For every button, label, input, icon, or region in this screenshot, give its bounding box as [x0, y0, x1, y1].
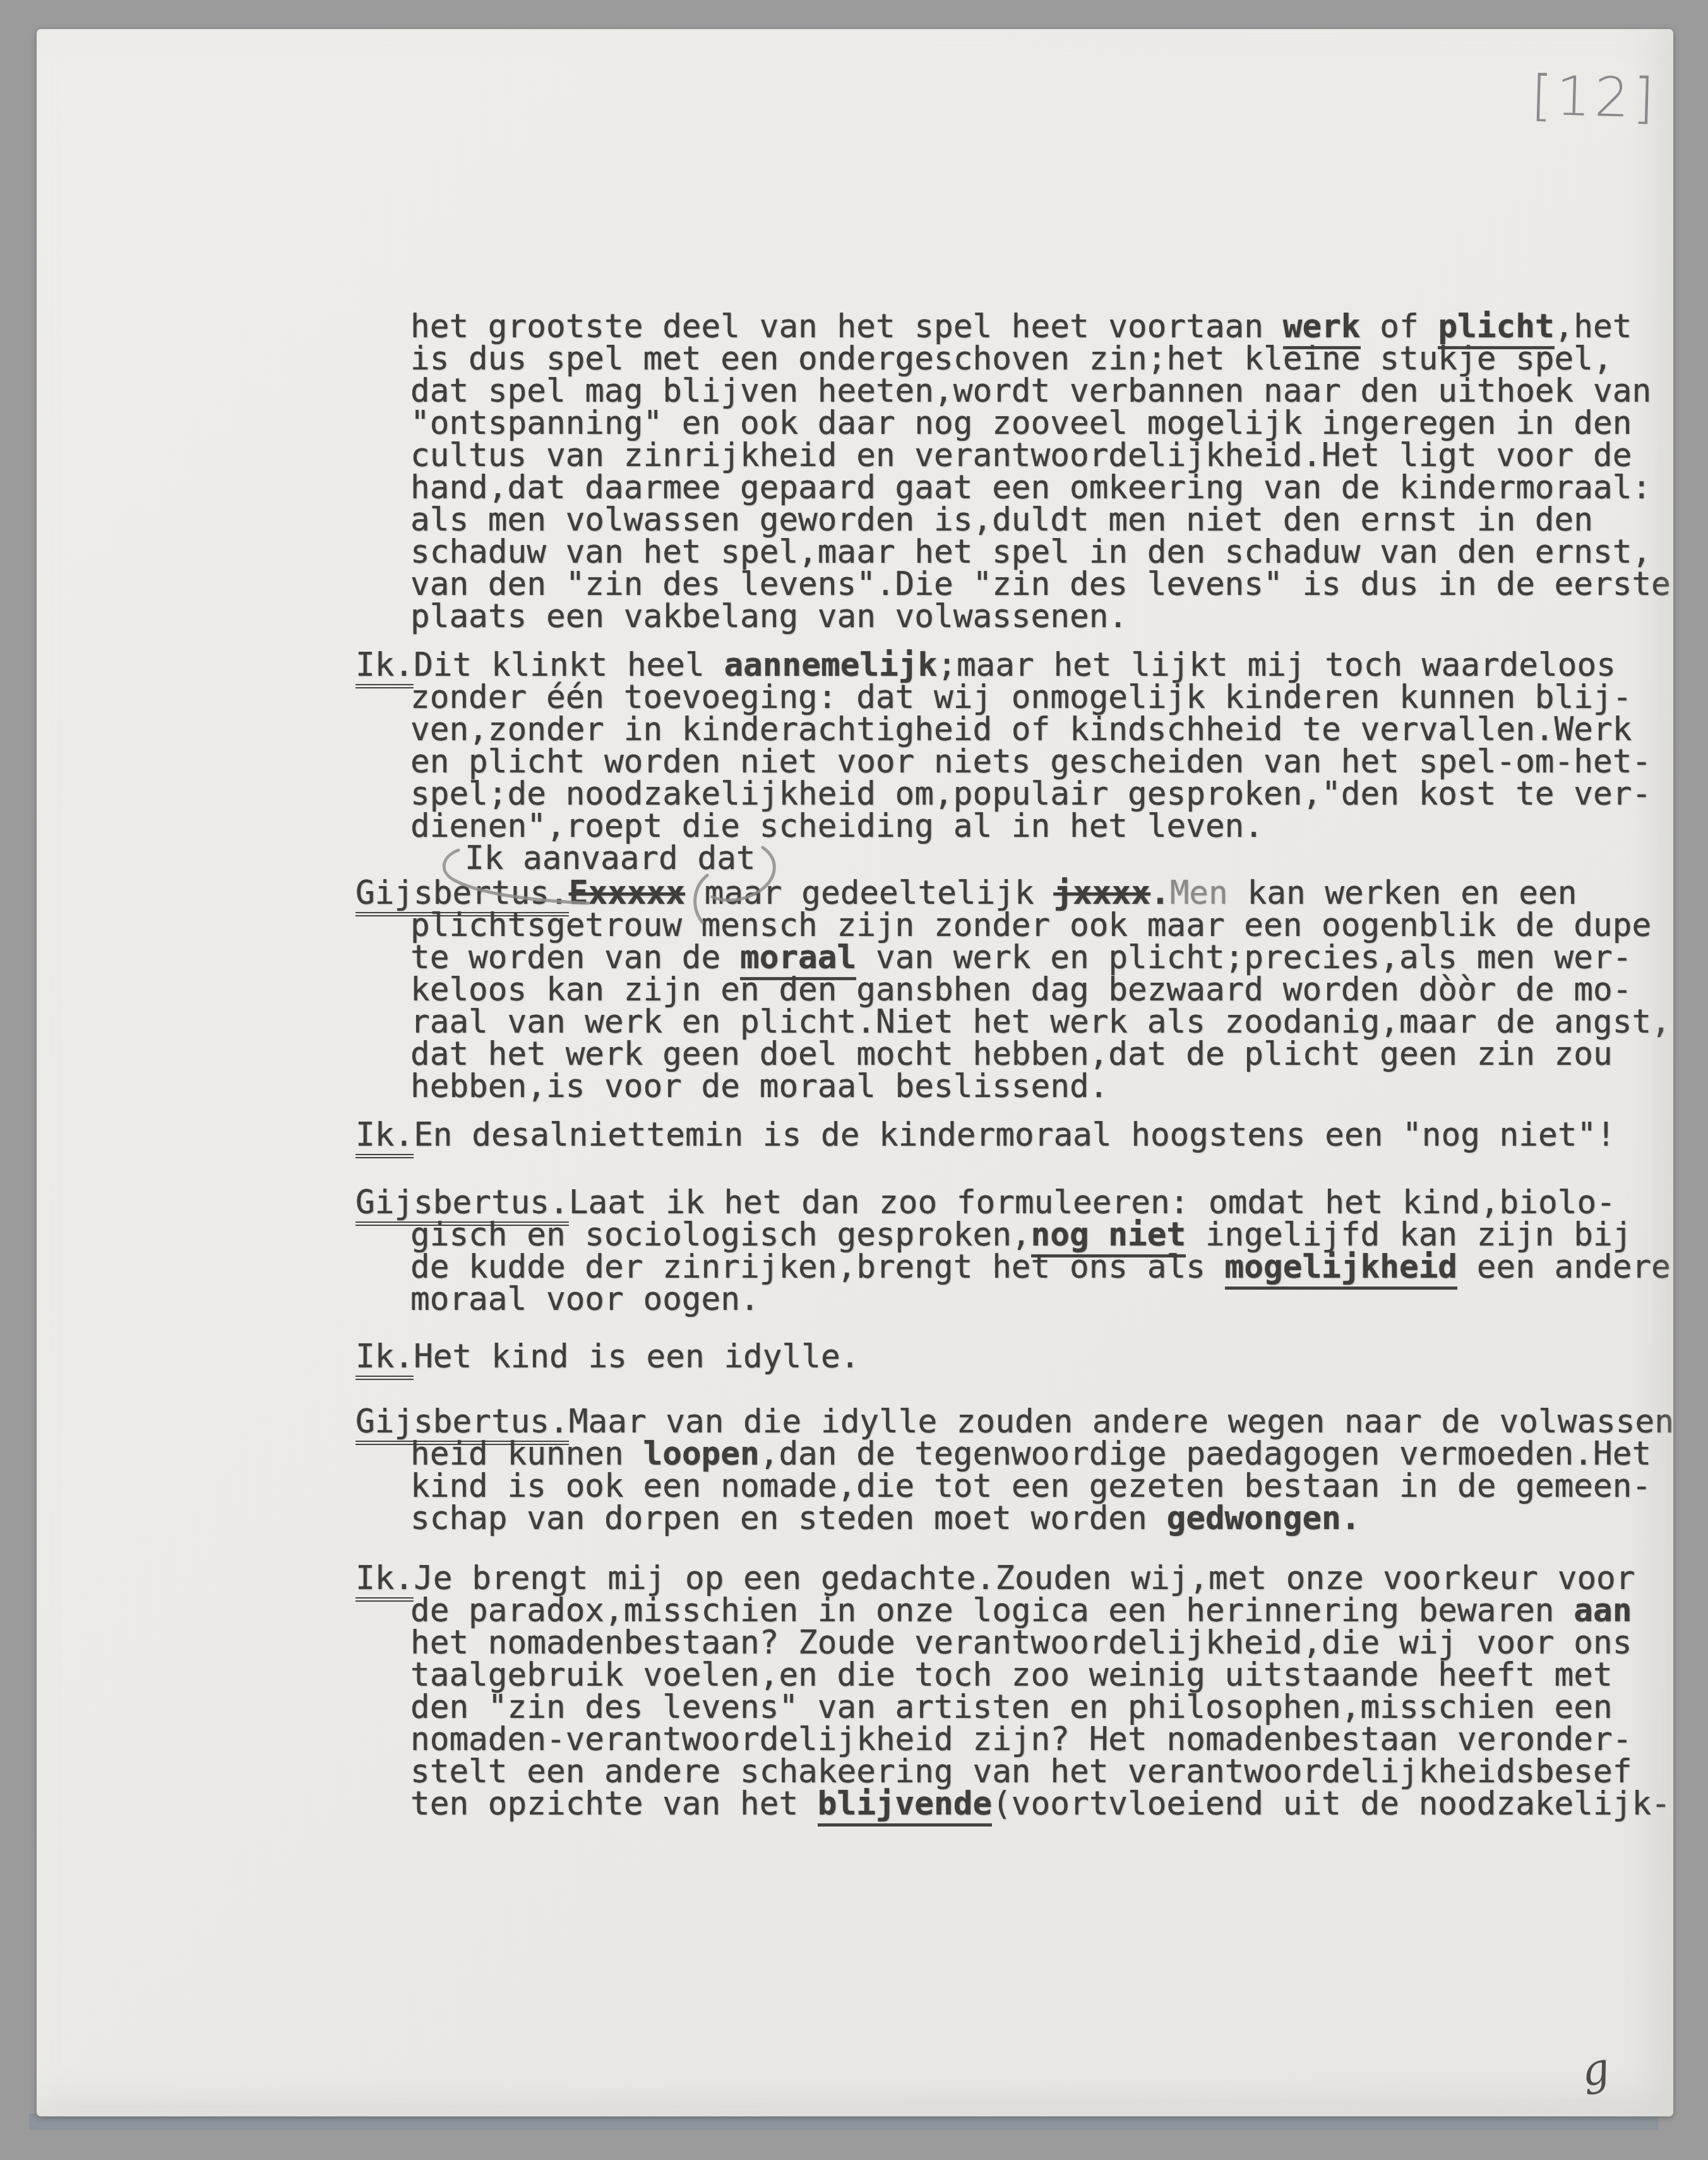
typescript-line: stelt een andere schakeering van het ver…	[355, 1756, 1673, 1788]
typescript-line: taalgebruik voelen,en die toch zoo weini…	[355, 1659, 1673, 1691]
typescript-line: dat het werk geen doel mocht hebben,dat …	[355, 1038, 1673, 1071]
text-segment: hebben,is voor de moraal beslissend.	[410, 1068, 1108, 1105]
typescript-line: "ontspanning" en ook daar nog zooveel mo…	[355, 407, 1673, 440]
typescript-line: Gijsbertus.Maar van die idylle zouden an…	[355, 1406, 1673, 1438]
typescript-line: cultus van zinrijkheid en verantwoordeli…	[355, 440, 1673, 472]
typescript-line: ven,zonder in kinderachtigheid of kindsc…	[355, 714, 1673, 746]
text-segment: moraal voor oogen.	[410, 1281, 760, 1318]
typescript-line: dat spel mag blijven heeten,wordt verban…	[355, 375, 1673, 407]
typescript-text: het grootste deel van het spel heet voor…	[355, 311, 1673, 1820]
speaker-label: Ik.	[355, 1117, 414, 1158]
paragraph-gijsbertus-2: Gijsbertus.Laat ik het dan zoo formuleer…	[355, 1187, 1673, 1316]
paragraph-ik-1: Ik.Dit klinkt heel aannemelijk;maar het …	[355, 649, 1673, 875]
text-segment: Ik aanvaard dat	[465, 840, 756, 877]
text-segment: een andere	[1457, 1249, 1671, 1286]
typescript-line: den "zin des levens" van artisten en phi…	[355, 1691, 1673, 1724]
paragraph-continuation: het grootste deel van het spel heet voor…	[355, 311, 1673, 633]
typescript-line: Ik.En desalniettemin is de kindermoraal …	[355, 1119, 1673, 1151]
typescript-line: Gijsbertus.Laat ik het dan zoo formuleer…	[355, 1187, 1673, 1219]
typescript-line: ten opzichte van het blijvende(voortvloe…	[355, 1788, 1673, 1820]
text-segment: gedwongen.	[1166, 1500, 1360, 1537]
paragraph-ik-2: Ik.En desalniettemin is de kindermoraal …	[355, 1119, 1673, 1151]
page-number-annotation: [12]	[1531, 64, 1659, 130]
typescript-line: schap van dorpen en steden moet worden g…	[355, 1503, 1673, 1535]
paragraph-gijsbertus-3: Gijsbertus.Maar van die idylle zouden an…	[355, 1406, 1673, 1535]
typescript-line: hand,dat daarmee gepaard gaat een omkeer…	[355, 472, 1673, 504]
typescript-line: plaats een vakbelang van volwassenen.	[355, 601, 1673, 633]
text-segment: plaats een vakbelang van volwassenen.	[410, 598, 1128, 635]
typescript-line: te worden van de moraal van werk en plic…	[355, 942, 1673, 974]
paragraph-gijsbertus-1: Gijsbertus.Exxxxx maar gedeeltelijk jxxx…	[355, 877, 1673, 1103]
typescript-line: nomaden-verantwoordelijkheid zijn? Het n…	[355, 1724, 1673, 1756]
underlined-word: mogelijkheid	[1225, 1249, 1457, 1290]
typescript-line: de paradox,misschien in onze logica een …	[355, 1595, 1673, 1627]
typescript-line: Ik.Je brengt mij op een gedachte.Zouden …	[355, 1563, 1673, 1595]
typescript-line: gisch en sociologisch gesproken,nog niet…	[355, 1219, 1673, 1251]
typescript-line: het grootste deel van het spel heet voor…	[355, 311, 1673, 343]
typescript-line: en plicht worden niet voor niets geschei…	[355, 746, 1673, 778]
text-segment: (voortvloeiend uit de noodzakelijk-	[992, 1785, 1671, 1823]
paper-sheet: [12] het grootste deel van het spel heet…	[37, 29, 1673, 2116]
text-segment: schap van dorpen en steden moet worden	[410, 1500, 1166, 1537]
typescript-line: raal van werk en plicht.Niet het werk al…	[355, 1006, 1673, 1038]
text-segment: ten opzichte van het	[410, 1785, 818, 1823]
text-segment: Men	[1170, 875, 1228, 912]
typescript-line: is dus spel met een ondergeschoven zin;h…	[355, 343, 1673, 375]
typescript-line: schaduw van het spel,maar het spel in de…	[355, 536, 1673, 568]
typescript-line: plichtsgetrouw mensch zijn zonder ook ma…	[355, 909, 1673, 942]
typescript-line: dienen",roept die scheiding al in het le…	[355, 810, 1673, 843]
typescript-line: van den "zin des levens".Die "zin des le…	[355, 568, 1673, 601]
typescript-line: het nomadenbestaan? Zoude verantwoordeli…	[355, 1627, 1673, 1659]
underlined-word: blijvende	[818, 1785, 992, 1827]
typescript-line: keloos kan zijn en den gansbhen dag bezw…	[355, 974, 1673, 1006]
typescript-line: moraal voor oogen.	[355, 1283, 1673, 1316]
typescript-line: als men volwassen geworden is,duldt men …	[355, 504, 1673, 536]
typescript-line: heid kunnen loopen,dan de tegenwoordige …	[355, 1438, 1673, 1470]
typescript-line: de kudde der zinrijken,brengt het ons al…	[355, 1251, 1673, 1283]
speaker-label: Ik.	[355, 647, 414, 688]
typescript-line: hebben,is voor de moraal beslissend.	[355, 1071, 1673, 1103]
speaker-label: Ik.	[355, 1338, 414, 1380]
speaker-label: Ik.	[355, 1560, 414, 1602]
typescript-line: kind is ook een nomade,die tot een gezet…	[355, 1470, 1673, 1503]
typescript-line: Ik.Het kind is een idylle.	[355, 1341, 1673, 1373]
paragraph-ik-3: Ik.Het kind is een idylle.	[355, 1341, 1673, 1373]
typescript-line: spel;de noodzakelijkheid om,populair ges…	[355, 778, 1673, 810]
scanned-document-background: { "annotations": { "page_number": "[12]"…	[0, 0, 1708, 2160]
typescript-line: zonder één toevoeging: dat wij onmogelij…	[355, 681, 1673, 714]
typescript-line: Ik.Dit klinkt heel aannemelijk;maar het …	[355, 649, 1673, 681]
corner-initial-annotation: g	[1577, 2043, 1613, 2097]
paragraph-ik-4: Ik.Je brengt mij op een gedachte.Zouden …	[355, 1563, 1673, 1820]
typescript-line: Ik aanvaard dat	[355, 843, 1673, 875]
typescript-line: Gijsbertus.Exxxxx maar gedeeltelijk jxxx…	[355, 877, 1673, 909]
text-segment: En desalniettemin is de kindermoraal hoo…	[414, 1117, 1616, 1154]
text-segment: Het kind is een idylle.	[414, 1338, 859, 1376]
